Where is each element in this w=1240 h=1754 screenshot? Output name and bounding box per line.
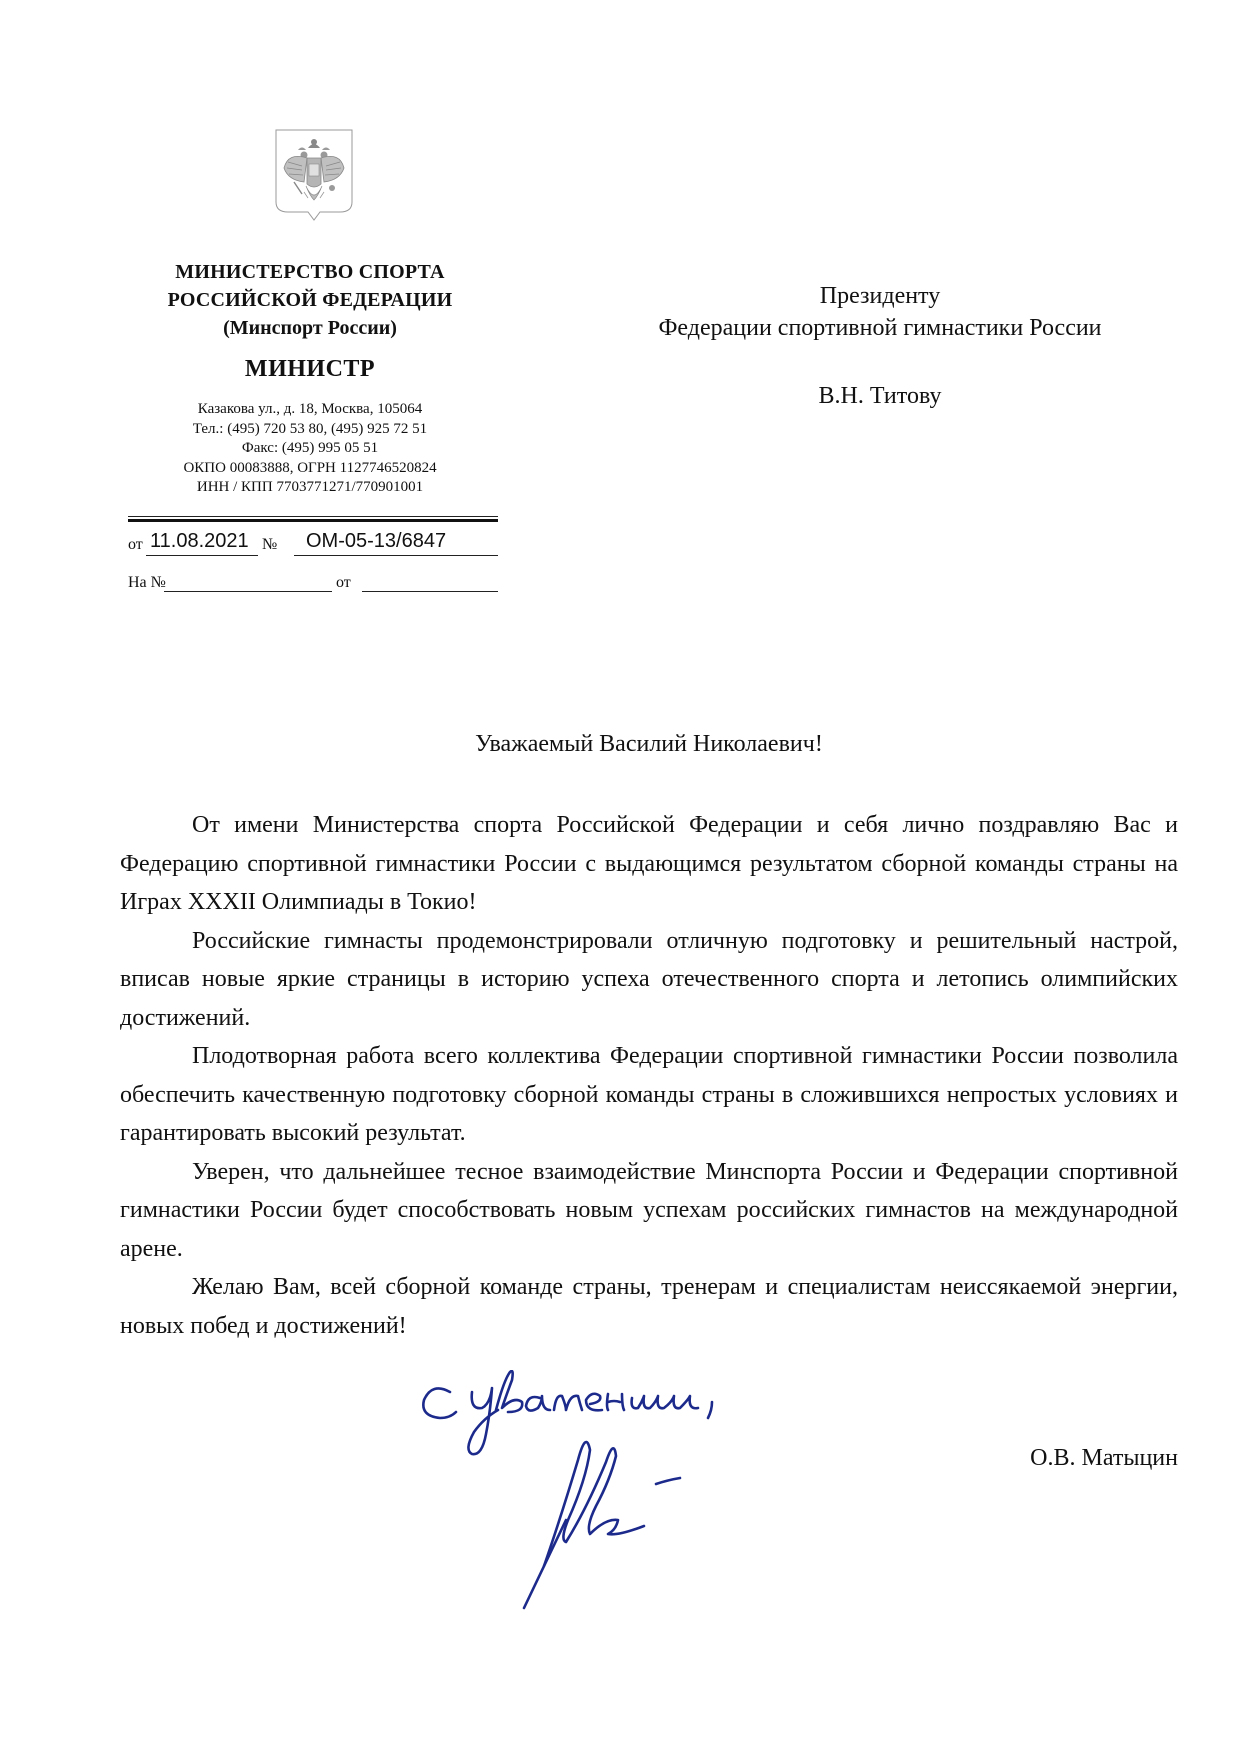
address-line: Казакова ул., д. 18, Москва, 105064	[120, 400, 500, 420]
registration-row: от 11.08.2021 № ОМ-05-13/6847	[128, 526, 498, 556]
paragraph: Уверен, что дальнейшее тесное взаимодейс…	[120, 1153, 1178, 1269]
ministry-contacts: Казакова ул., д. 18, Москва, 105064 Тел.…	[120, 400, 500, 498]
ministry-short-name: (Минспорт России)	[120, 314, 500, 342]
addressee-name: В.Н. Титову	[600, 380, 1160, 412]
ministry-name: МИНИСТЕРСТВО СПОРТА РОССИЙСКОЙ ФЕДЕРАЦИИ	[120, 258, 500, 314]
signer-name: О.В. Матыцин	[880, 1442, 1178, 1474]
paragraph: От имени Министерства спорта Российской …	[120, 806, 1178, 922]
ministry-name-line1: МИНИСТЕРСТВО СПОРТА	[120, 258, 500, 286]
header-divider	[128, 516, 498, 522]
sender-role: МИНИСТР	[120, 352, 500, 386]
ref-date-field	[362, 571, 498, 592]
letter-body: От имени Министерства спорта Российской …	[120, 806, 1178, 1345]
addressee-line1: Президенту	[600, 280, 1160, 312]
inn-kpp-line: ИНН / КПП 7703771271/770901001	[120, 478, 500, 498]
fax-line: Факс: (495) 995 05 51	[120, 439, 500, 459]
ref-number-label: На №	[128, 574, 166, 592]
document-date: 11.08.2021	[150, 530, 249, 553]
salutation: Уважаемый Василий Николаевич!	[120, 728, 1178, 760]
ref-date-label: от	[336, 574, 351, 592]
handwritten-signature: С уважением,	[410, 1370, 870, 1620]
document-number: ОМ-05-13/6847	[306, 530, 446, 553]
number-label: №	[262, 536, 277, 554]
paragraph: Российские гимнасты продемонстрировали о…	[120, 922, 1178, 1038]
addressee-line2: Федерации спортивной гимнастики России	[600, 312, 1160, 344]
addressee-title: Президенту Федерации спортивной гимнасти…	[600, 280, 1160, 344]
okpo-ogrn-line: ОКПО 00083888, ОГРН 1127746520824	[120, 459, 500, 479]
reference-row: На № от	[128, 568, 498, 594]
paragraph: Желаю Вам, всей сборной команде страны, …	[120, 1268, 1178, 1345]
ministry-name-line2: РОССИЙСКОЙ ФЕДЕРАЦИИ	[120, 286, 500, 314]
coat-of-arms-icon	[274, 128, 354, 224]
phone-line: Тел.: (495) 720 53 80, (495) 925 72 51	[120, 420, 500, 440]
ref-number-field	[164, 571, 332, 592]
paragraph: Плодотворная работа всего коллектива Фед…	[120, 1037, 1178, 1153]
date-label: от	[128, 536, 143, 554]
